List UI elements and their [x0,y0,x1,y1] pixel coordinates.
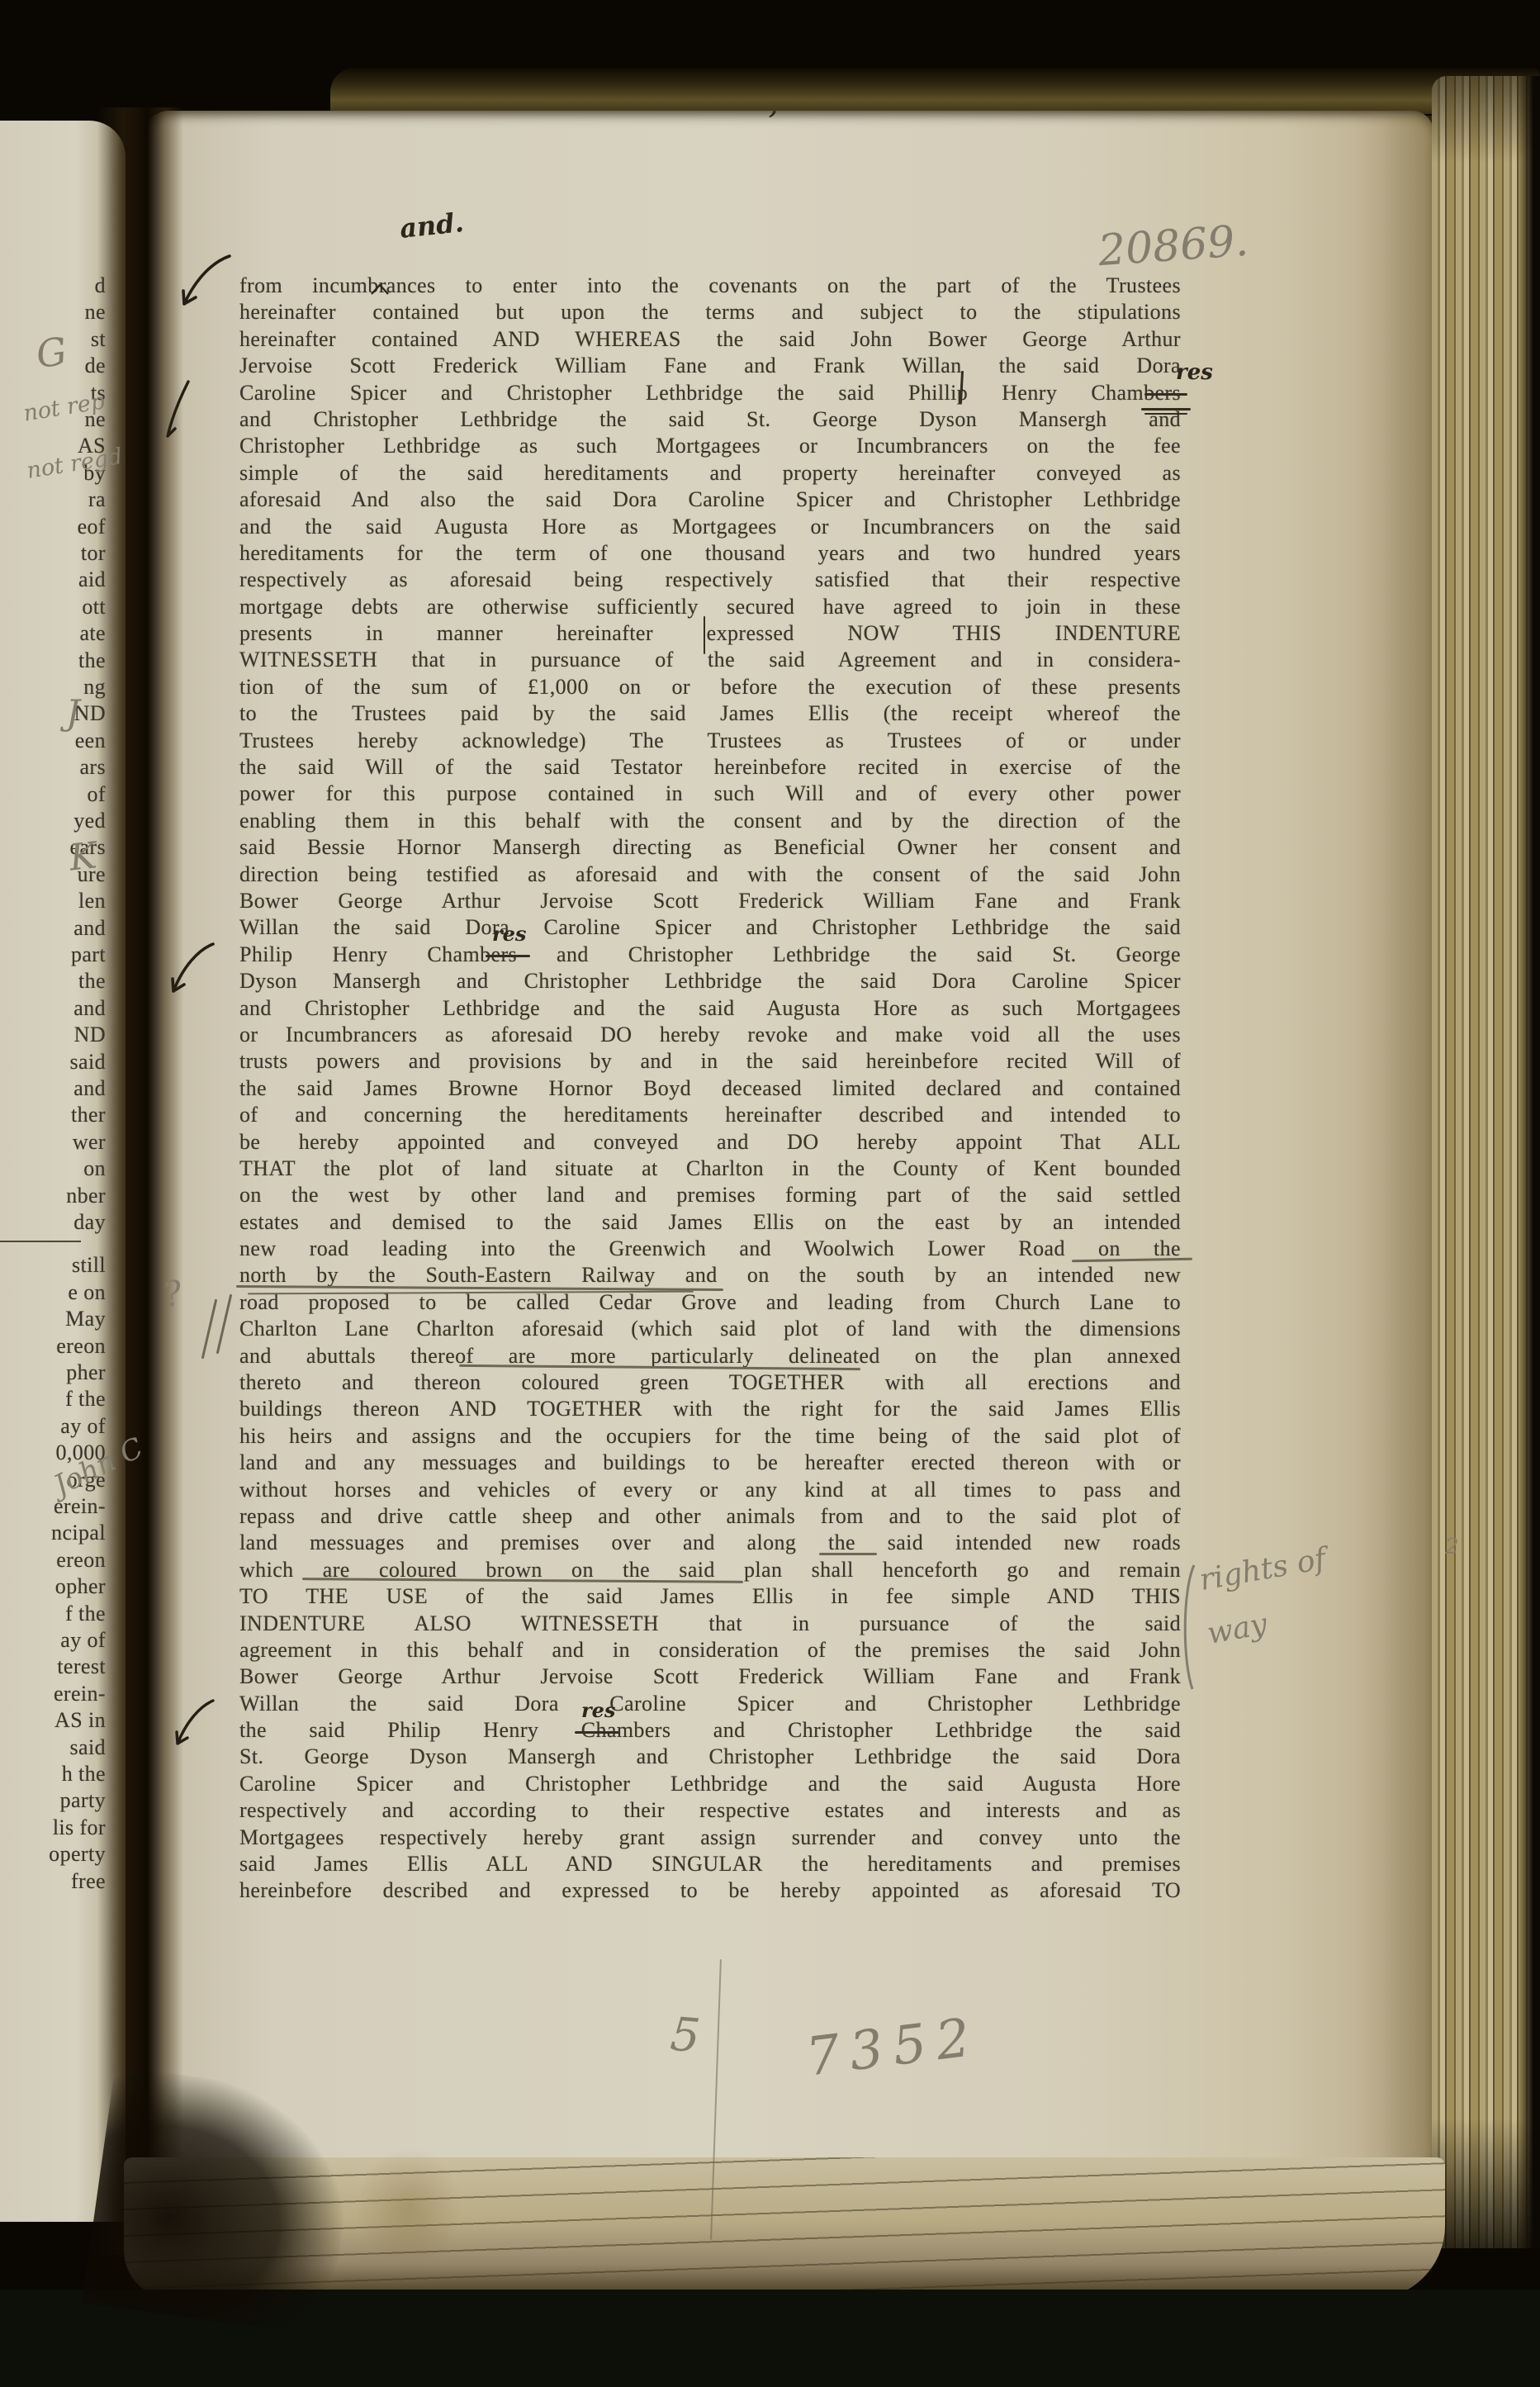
left-page-fragment: ereon [0,1547,106,1573]
left-page-fragment: day [0,1209,106,1236]
left-page-fragment: the [0,648,106,674]
document-line: land and any messuages and buildings to … [239,1450,1181,1476]
page-number-pencil: 5 [668,2008,702,2064]
document-line: respectively as aforesaid being respecti… [239,567,1181,593]
left-page-fragment: ND [0,1022,106,1048]
document-line: on the west by other land and premises f… [239,1182,1181,1208]
document-line: trusts powers and provisions by and in t… [239,1048,1181,1075]
document-line: mortgage debts are otherwise sufficientl… [239,594,1181,620]
document-line: direction being testified as aforesaid a… [239,861,1181,888]
strikethrough [575,1731,619,1734]
document-line: Willan the said Dora Caroline Spicer and… [239,1691,1181,1717]
document-line: Mortgagees respectively hereby grant ass… [239,1825,1181,1851]
left-page-fragment: aid [0,567,106,593]
left-page-fragment: nber [0,1183,106,1209]
document-line: Trustees hereby acknowledge) The Trustee… [239,728,1181,754]
document-line: TO THE USE of the said James Ellis in fe… [239,1583,1181,1610]
document-line: respectively and according to their resp… [239,1797,1181,1824]
checkmark-icon [165,940,216,999]
document-line: the said Will of the said Testator herei… [239,754,1181,781]
left-page-fragment: ate [0,620,106,647]
left-page-fragment: f the [0,1386,106,1412]
left-page-fragment: ne [0,299,106,325]
margin-letter-g: G [33,329,69,377]
document-line: to the Trustees paid by the said James E… [239,700,1181,727]
left-page-fragment: said [0,1049,106,1075]
document-line: INDENTURE ALSO WITNESSETH that in pursua… [239,1611,1181,1637]
document-line: hereinafter contained but upon the terms… [239,299,1181,325]
left-page-rule [0,1241,81,1242]
document-line: WITNESSETH that in pursuance of the said… [239,647,1181,673]
left-page-fragment: operty [0,1841,106,1867]
left-page-fragment: AS in [0,1707,106,1734]
left-page-fragment: ther [0,1102,106,1128]
underline-said [819,1553,877,1555]
document-line: his heirs and assigns and the occupiers … [239,1423,1181,1450]
left-page-fragment: of [0,781,106,808]
document-text-block: from incumbrances to enter into the cove… [239,273,1181,1905]
left-page-fragment: lis for [0,1815,106,1841]
document-line: Caroline Spicer and Christopher Lethbrid… [239,380,1181,406]
left-page-fragment: ars [0,754,106,781]
document-line: Bower George Arthur Jervoise Scott Frede… [239,1663,1181,1690]
left-page-fragment: May [0,1306,106,1332]
left-page-fragment: ND [0,700,106,727]
document-line: the said Philip Henry Chambers and Chris… [239,1717,1181,1744]
document-line: Christopher Lethbridge as such Mortgagee… [239,433,1181,459]
correction-underline [1144,413,1187,415]
document-line: agreement in this behalf and in consider… [239,1637,1181,1663]
left-page-fragment: ay of [0,1627,106,1654]
document-line: and Christopher Lethbridge the said St. … [239,406,1181,433]
page-block-top-edge [330,68,1540,114]
document-line: Dyson Mansergh and Christopher Lethbridg… [239,968,1181,994]
left-page-fragment: tor [0,540,106,567]
correction-res: res [1176,360,1213,385]
correction-underline [1141,408,1191,410]
document-line: St. George Dyson Mansergh and Christophe… [239,1744,1181,1770]
strikethrough [1144,393,1187,396]
correction-res: res [492,922,526,946]
left-page-fragment: free [0,1868,106,1895]
document-line: and the said Augusta Hore as Mortgagees … [239,514,1181,540]
document-line: the said James Browne Hornor Boyd deceas… [239,1075,1181,1102]
document-line: of and concerning the hereditaments here… [239,1102,1181,1128]
left-page-fragment: ott [0,594,106,620]
paragraph-divider-stroke [704,616,705,654]
left-page-fragment: ng [0,674,106,700]
document-line: power for this purpose contained in such… [239,781,1181,807]
document-line: land messuages and premises over and alo… [239,1530,1181,1556]
page-curl-shade [1354,116,1437,2164]
left-page-fragment: eof [0,514,106,540]
document-line: be hereby appointed and conveyed and DO … [239,1129,1181,1156]
document-line: buildings thereon AND TOGETHER with the … [239,1396,1181,1422]
left-page-fragment: e on [0,1279,106,1306]
document-line: Bower George Arthur Jervoise Scott Frede… [239,888,1181,914]
left-page-fragment: and [0,915,106,942]
document-line: tion of the sum of £1,000 on or before t… [239,674,1181,700]
document-line: THAT the plot of land situate at Charlto… [239,1156,1181,1182]
document-line: Charlton Lane Charlton aforesaid (which … [239,1316,1181,1342]
document-line: Caroline Spicer and Christopher Lethbrid… [239,1771,1181,1797]
left-page-fragment: on [0,1156,106,1182]
left-page-fragment: opher [0,1573,106,1600]
strikethrough [486,955,530,957]
document-line: hereinafter contained AND WHEREAS the sa… [239,326,1181,353]
left-page-fragment: pher [0,1360,106,1386]
left-page-fragment: erein- [0,1681,106,1707]
left-page-fragment: ra [0,486,106,513]
left-page-fragment: ncipal [0,1520,106,1546]
checkmark-icon [162,378,192,441]
document-line: and Christopher Lethbridge and the said … [239,995,1181,1022]
left-page-fragment: len [0,888,106,914]
fore-edge-shadow [1518,76,1540,2248]
left-page-fragment: f the [0,1601,106,1627]
checkmark-icon [170,1697,216,1751]
margin-letter-k: K [67,834,98,879]
left-page-fragment: erein- [0,1493,106,1520]
left-page-fragment: yed [0,808,106,834]
fore-edge-number: 2 [1445,1535,1459,1559]
left-page-fragment: party [0,1787,106,1814]
document-line: repass and drive cattle sheep and other … [239,1503,1181,1530]
left-page-fragment: still [0,1252,106,1279]
document-line: new road leading into the Greenwich and … [239,1236,1181,1262]
document-line: Jervoise Scott Frederick William Fane an… [239,353,1181,379]
correction-res: res [581,1698,615,1722]
left-page-fragment: said [0,1734,106,1761]
document-line: hereditaments for the term of one thousa… [239,540,1181,567]
left-page-fragment: part [0,942,106,968]
document-line: without horses and vehicles of every or … [239,1477,1181,1503]
catalog-number-pencil: 20869. [1097,216,1250,277]
document-line: presents in manner hereinafter expressed… [239,620,1181,647]
caret-icon [370,282,390,296]
document-line: or Incumbrancers as aforesaid DO hereby … [239,1022,1181,1048]
left-page-fragment: d [0,273,106,299]
gutter-bottom-shadow [82,2066,360,2337]
left-page-fragment: ereon [0,1333,106,1360]
margin-letter-j: J [66,692,80,733]
paper-stain [355,2147,462,2271]
left-page-fragment: wer [0,1129,106,1156]
left-page-fragment: and [0,995,106,1022]
document-line: north by the South-Eastern Railway and o… [239,1262,1181,1288]
document-line: hereinbefore described and expressed to … [239,1877,1181,1904]
left-page-fragment: ay of [0,1413,106,1440]
inserted-word-annotation: and. [398,206,465,244]
document-line: Willan the said Dora Caroline Spicer and… [239,914,1181,941]
left-page-fragment: the [0,968,106,994]
left-page-fragment: terest [0,1654,106,1680]
left-page-fragment: een [0,728,106,754]
document-line: estates and demised to the said James El… [239,1209,1181,1236]
checkmark-icon [175,251,233,312]
document-line: enabling them in this behalf with the co… [239,808,1181,834]
document-line: simple of the said hereditaments and pro… [239,460,1181,486]
document-line: said Bessie Hornor Mansergh directing as… [239,834,1181,861]
document-line: thereto and thereon coloured green TOGET… [239,1369,1181,1396]
left-page-fragment: h the [0,1761,106,1787]
document-line: Philip Henry Chambers and Christopher Le… [239,942,1181,968]
margin-bracket [1179,1563,1197,1692]
document-line: and abuttals thereof are more particular… [239,1343,1181,1369]
document-line: aforesaid And also the said Dora Carolin… [239,486,1181,513]
document-line: said James Ellis ALL AND SINGULAR the he… [239,1851,1181,1877]
book-photo: dnestdetsneASbyraeoftoraidottatethengNDe… [0,0,1540,2387]
left-page-fragment: and [0,1075,106,1102]
